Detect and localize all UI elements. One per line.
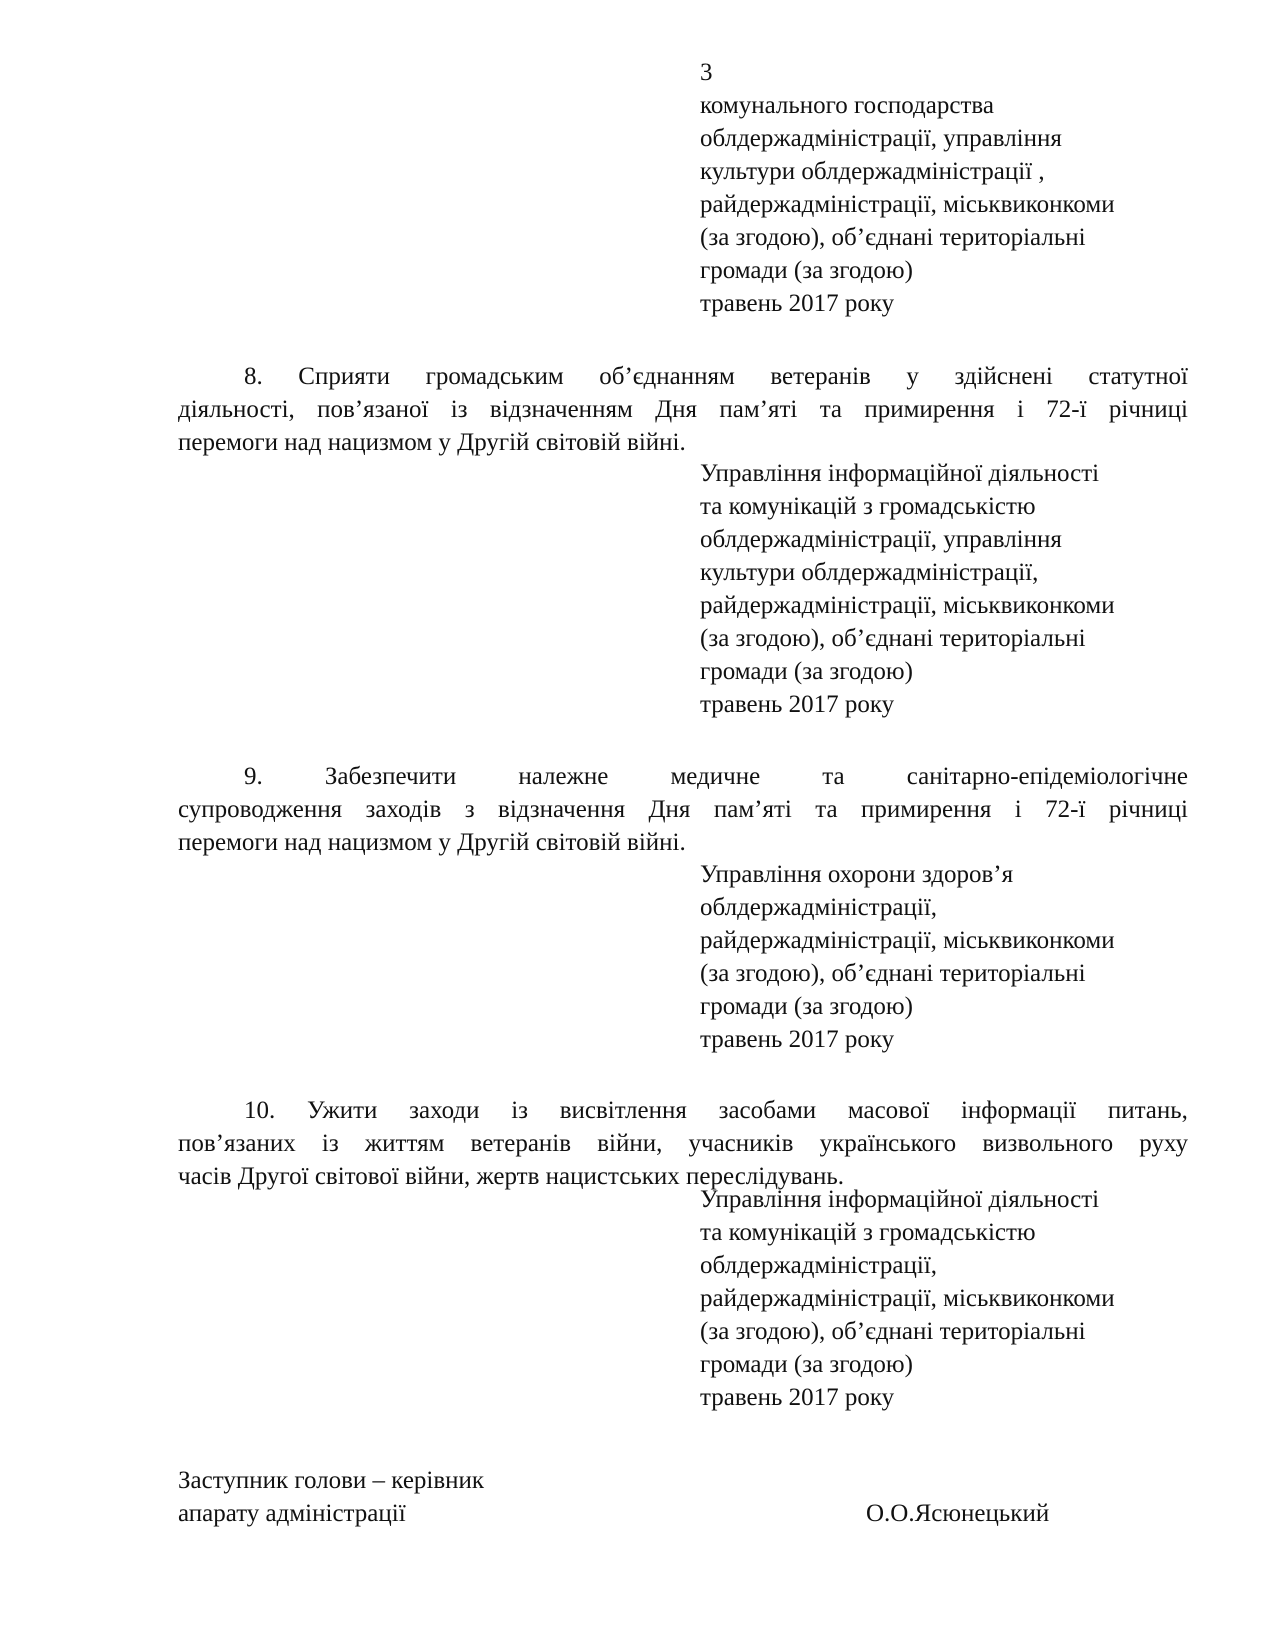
- item-text-line: 9.Забезпечитиналежнемедичнетасанітарно-е…: [178, 760, 1188, 793]
- signatory-title-line1: Заступник голови – керівник: [178, 1464, 484, 1497]
- item-9-text: 9.Забезпечитиналежнемедичнетасанітарно-е…: [178, 760, 1188, 859]
- item-text-line: 8.Сприятигромадськимоб’єднаннямветеранів…: [178, 360, 1188, 393]
- deadline: травень 2017 року: [700, 1023, 1200, 1056]
- responsible-line: (за згодою), об’єднані територіальні: [700, 221, 1200, 254]
- continuation-responsible-block: комунального господарства облдержадмініс…: [700, 89, 1200, 320]
- document-page: 3 комунального господарства облдержадмін…: [0, 0, 1275, 1650]
- deadline: травень 2017 року: [700, 688, 1200, 721]
- responsible-line: громади (за згодою): [700, 254, 1200, 287]
- responsible-line: райдержадміністрації, міськвиконкоми: [700, 589, 1200, 622]
- item-text-line: 10.Ужитизаходиізвисвітленнязасобамимасов…: [178, 1094, 1188, 1127]
- item-text-line: перемоги над нацизмом у Другій світовій …: [178, 826, 1188, 859]
- responsible-line: та комунікацій з громадськістю: [700, 1216, 1200, 1249]
- item-9-responsible: Управління охорони здоров’я облдержадмін…: [700, 858, 1200, 1056]
- signatory-name: О.О.Ясюнецький: [866, 1497, 1049, 1530]
- item-text-line: пов’язанихізжиттямветераніввійни,учасник…: [178, 1127, 1188, 1160]
- item-8-text: 8.Сприятигромадськимоб’єднаннямветеранів…: [178, 360, 1188, 459]
- responsible-line: громади (за згодою): [700, 655, 1200, 688]
- responsible-line: Управління інформаційної діяльності: [700, 1183, 1200, 1216]
- responsible-line: Управління інформаційної діяльності: [700, 457, 1200, 490]
- responsible-line: громади (за згодою): [700, 990, 1200, 1023]
- page-number: 3: [700, 56, 713, 89]
- responsible-line: громади (за згодою): [700, 1348, 1200, 1381]
- responsible-line: райдержадміністрації, міськвиконкоми: [700, 924, 1200, 957]
- responsible-line: райдержадміністрації, міськвиконкоми: [700, 1282, 1200, 1315]
- deadline: травень 2017 року: [700, 1381, 1200, 1414]
- item-text-line: супроводженнязаходівзвідзначенняДняпам’я…: [178, 793, 1188, 826]
- item-8-responsible: Управління інформаційної діяльності та к…: [700, 457, 1200, 721]
- responsible-line: облдержадміністрації,: [700, 1249, 1200, 1282]
- responsible-line: облдержадміністрації,: [700, 891, 1200, 924]
- item-10-text: 10.Ужитизаходиізвисвітленнязасобамимасов…: [178, 1094, 1188, 1193]
- responsible-line: культури облдержадміністрації ,: [700, 155, 1200, 188]
- responsible-line: райдержадміністрації, міськвиконкоми: [700, 188, 1200, 221]
- responsible-line: Управління охорони здоров’я: [700, 858, 1200, 891]
- responsible-line: та комунікацій з громадськістю: [700, 490, 1200, 523]
- item-10-responsible: Управління інформаційної діяльності та к…: [700, 1183, 1200, 1414]
- responsible-line: (за згодою), об’єднані територіальні: [700, 957, 1200, 990]
- responsible-line: культури облдержадміністрації,: [700, 556, 1200, 589]
- responsible-line: комунального господарства: [700, 89, 1200, 122]
- responsible-line: (за згодою), об’єднані територіальні: [700, 1315, 1200, 1348]
- deadline: травень 2017 року: [700, 287, 1200, 320]
- signatory-title-line2: апарату адміністрації: [178, 1497, 406, 1530]
- responsible-line: облдержадміністрації, управління: [700, 122, 1200, 155]
- item-text-line: діяльності,пов’язаноїізвідзначеннямДняпа…: [178, 393, 1188, 426]
- item-text-line: перемоги над нацизмом у Другій світовій …: [178, 426, 1188, 459]
- responsible-line: облдержадміністрації, управління: [700, 523, 1200, 556]
- responsible-line: (за згодою), об’єднані територіальні: [700, 622, 1200, 655]
